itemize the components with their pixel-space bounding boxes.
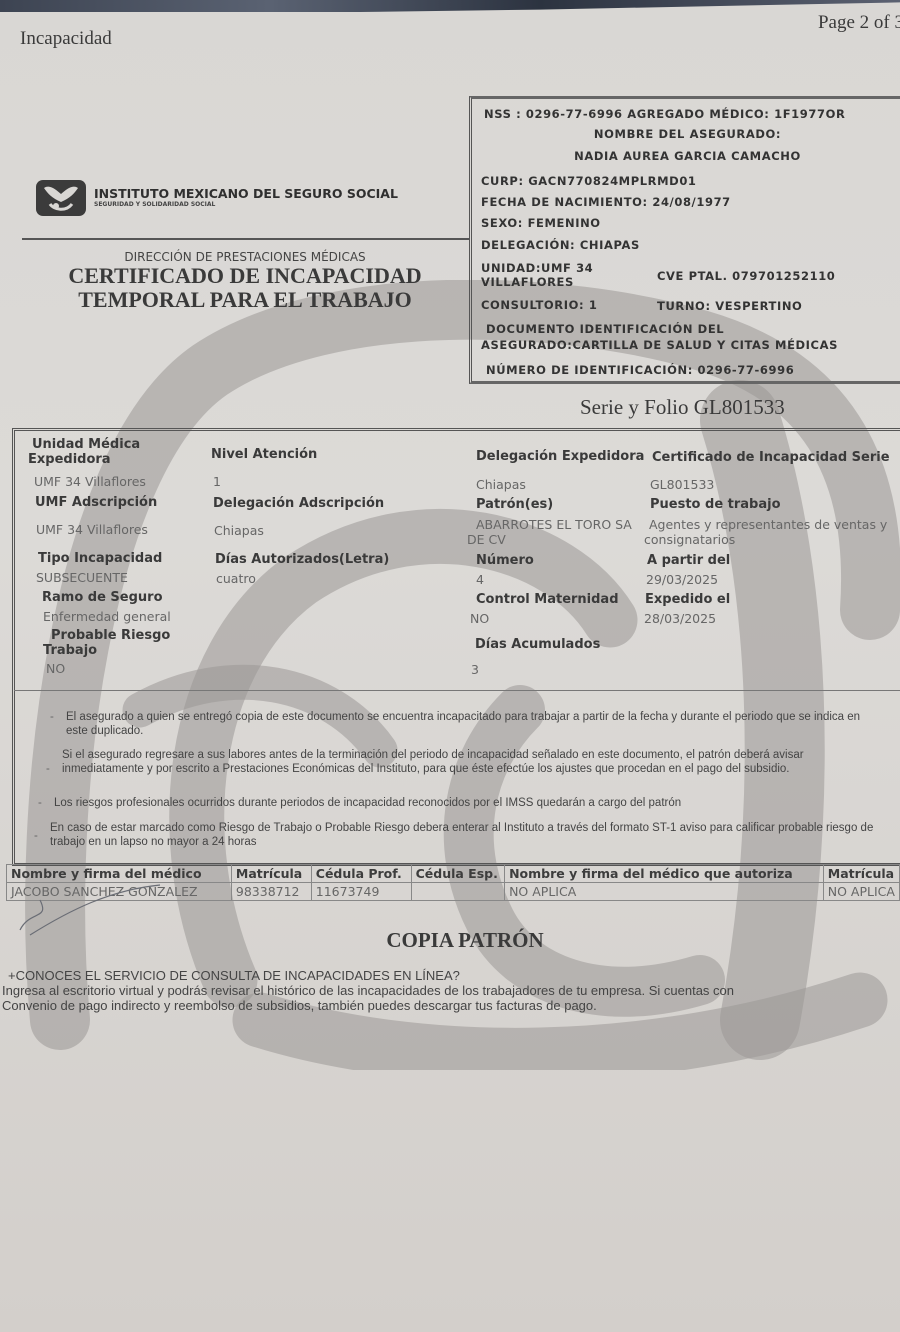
shift: TURNO: VESPERTINO: [657, 299, 802, 313]
delegacion-adscripcion-value: Chiapas: [214, 524, 264, 538]
patron-label: Patrón(es): [476, 497, 553, 512]
expedido-value: 28/03/2025: [644, 612, 716, 626]
header-cell: Cédula Prof.: [311, 865, 411, 883]
delegation: DELEGACIÓN: CHIAPAS: [481, 238, 640, 252]
delegacion-expedidora-value: Chiapas: [476, 478, 526, 492]
note-text: En caso de estar marcado como Riesgo de …: [50, 822, 873, 848]
cert-serie-value: GL801533: [650, 478, 714, 492]
insured-name: NADIA AUREA GARCIA CAMACHO: [472, 149, 900, 163]
unit-line1: UNIDAD:UMF 34: [481, 261, 593, 275]
authorizing-doctor: NO APLICA: [505, 883, 824, 901]
delegacion-adscripcion-label: Delegación Adscripción: [213, 496, 384, 511]
puesto-value-1: Agentes y representantes de ventas y: [649, 518, 887, 532]
promo-text-2: Convenio de pago indirecto y reembolso d…: [2, 998, 900, 1013]
note-item: - En caso de estar marcado como Riesgo d…: [50, 822, 880, 849]
control-maternidad-label: Control Maternidad: [476, 592, 619, 607]
divider: [14, 690, 900, 691]
certificate-title-line1: CERTIFICADO DE INCAPACIDAD: [20, 264, 470, 288]
expedido-label: Expedido el: [645, 592, 730, 607]
doctor-cedula-prof: 11673749: [311, 883, 411, 901]
promo-text-1: Ingresa al escritorio virtual y podrás r…: [2, 983, 900, 998]
divider: [22, 238, 470, 240]
page-indicator: Page 2 of 3: [818, 12, 900, 34]
note-item: - El asegurado a quien se entregó copia …: [66, 711, 876, 738]
note-item: - Si el asegurado regresare a sus labore…: [62, 749, 876, 776]
header-cell: Matrícula: [823, 865, 899, 883]
postal-code: CVE PTAL. 079701252110: [657, 269, 835, 283]
puesto-value-2: consignatarios: [644, 533, 735, 547]
document-header-label: Incapacidad: [20, 28, 112, 50]
note-text: El asegurado a quien se entregó copia de…: [66, 711, 860, 737]
id-doc-line2: ASEGURADO:CARTILLA DE SALUD Y CITAS MÉDI…: [481, 338, 838, 352]
sex: SEXO: FEMENINO: [481, 216, 601, 230]
dias-acumulados-label: Días Acumulados: [475, 637, 600, 652]
umf-adscripcion-value: UMF 34 Villaflores: [36, 523, 148, 537]
serie-folio: Serie y Folio GL801533: [580, 395, 785, 420]
imss-logo-icon: [36, 180, 86, 216]
certificate-title-line2: TEMPORAL PARA EL TRABAJO: [20, 288, 470, 312]
note-text: Si el asegurado regresare a sus labores …: [62, 749, 804, 775]
doctor-matricula: 98338712: [231, 883, 311, 901]
header-cell: Nombre y firma del médico que autoriza: [505, 865, 824, 883]
label-line: Trabajo: [43, 643, 170, 658]
institution-name: INSTITUTO MEXICANO DEL SEGURO SOCIAL: [94, 188, 398, 201]
bullet-icon: -: [38, 797, 42, 811]
label-line: Expedidora: [28, 452, 140, 467]
numero-value: 4: [476, 573, 484, 587]
id-doc-line1: DOCUMENTO IDENTIFICACIÓN DEL: [486, 322, 724, 336]
id-number: NÚMERO DE IDENTIFICACIÓN: 0296-77-6996: [486, 363, 794, 377]
birth-date: FECHA DE NACIMIENTO: 24/08/1977: [481, 195, 731, 209]
insured-name-label: NOMBRE DEL ASEGURADO:: [472, 127, 900, 141]
unidad-expedidora-value: UMF 34 Villaflores: [34, 475, 146, 489]
cert-serie-label: Certificado de Incapacidad Serie: [652, 450, 890, 465]
nss-line: NSS : 0296-77-6996 AGREGADO MÉDICO: 1F19…: [484, 107, 845, 121]
probable-riesgo-label: Probable Riesgo Trabajo: [43, 628, 170, 658]
promo-title: +CONOCES EL SERVICIO DE CONSULTA DE INCA…: [8, 968, 900, 983]
delegacion-expedidora-label: Delegación Expedidora: [476, 449, 644, 464]
curp: CURP: GACN770824MPLRMD01: [481, 174, 697, 188]
ramo-seguro-value: Enfermedad general: [43, 610, 171, 624]
bullet-icon: -: [46, 763, 50, 777]
note-text: Los riesgos profesionales ocurridos dura…: [54, 797, 681, 809]
label-line: Unidad Médica: [32, 437, 140, 452]
doctor-cedula-esp: [411, 883, 504, 901]
directorate-label: DIRECCIÓN DE PRESTACIONES MÉDICAS: [20, 250, 470, 264]
tipo-incapacidad-label: Tipo Incapacidad: [38, 551, 162, 566]
authorizing-matricula: NO APLICA: [823, 883, 899, 901]
copy-label: COPIA PATRÓN: [0, 928, 900, 953]
umf-adscripcion-label: UMF Adscripción: [35, 495, 157, 510]
header-cell: Matrícula: [231, 865, 311, 883]
tipo-incapacidad-value: SUBSECUENTE: [36, 571, 128, 585]
insured-info-box: NSS : 0296-77-6996 AGREGADO MÉDICO: 1F19…: [469, 96, 900, 384]
a-partir-value: 29/03/2025: [646, 573, 718, 587]
puesto-label: Puesto de trabajo: [650, 497, 781, 512]
probable-riesgo-value: NO: [46, 662, 65, 676]
bullet-icon: -: [50, 711, 54, 725]
office: CONSULTORIO: 1: [481, 298, 597, 312]
note-item: - Los riesgos profesionales ocurridos du…: [54, 797, 884, 811]
patron-value-1: ABARROTES EL TORO SA: [476, 518, 632, 532]
header-cell: Cédula Esp.: [411, 865, 504, 883]
ramo-seguro-label: Ramo de Seguro: [42, 590, 163, 605]
nivel-atencion-value: 1: [213, 475, 221, 489]
certificate-title: CERTIFICADO DE INCAPACIDAD TEMPORAL PARA…: [20, 264, 470, 312]
unit-line2: VILLAFLORES: [481, 275, 574, 289]
photo-background-edge: [0, 0, 900, 12]
dias-letra-value: cuatro: [216, 572, 256, 586]
label-line: Probable Riesgo: [51, 628, 170, 643]
a-partir-label: A partir del: [647, 553, 730, 568]
control-maternidad-value: NO: [470, 612, 489, 626]
dias-letra-label: Días Autorizados(Letra): [215, 552, 389, 567]
unidad-expedidora-label: Unidad Médica Expedidora: [32, 437, 140, 467]
institution-motto: SEGURIDAD Y SOLIDARIDAD SOCIAL: [94, 201, 398, 208]
institution-branding: INSTITUTO MEXICANO DEL SEGURO SOCIAL SEG…: [36, 180, 398, 216]
patron-value-2: DE CV: [467, 533, 506, 547]
bullet-icon: -: [34, 830, 38, 844]
dias-acumulados-value: 3: [471, 663, 479, 677]
numero-label: Número: [476, 553, 534, 568]
nivel-atencion-label: Nivel Atención: [211, 447, 317, 462]
